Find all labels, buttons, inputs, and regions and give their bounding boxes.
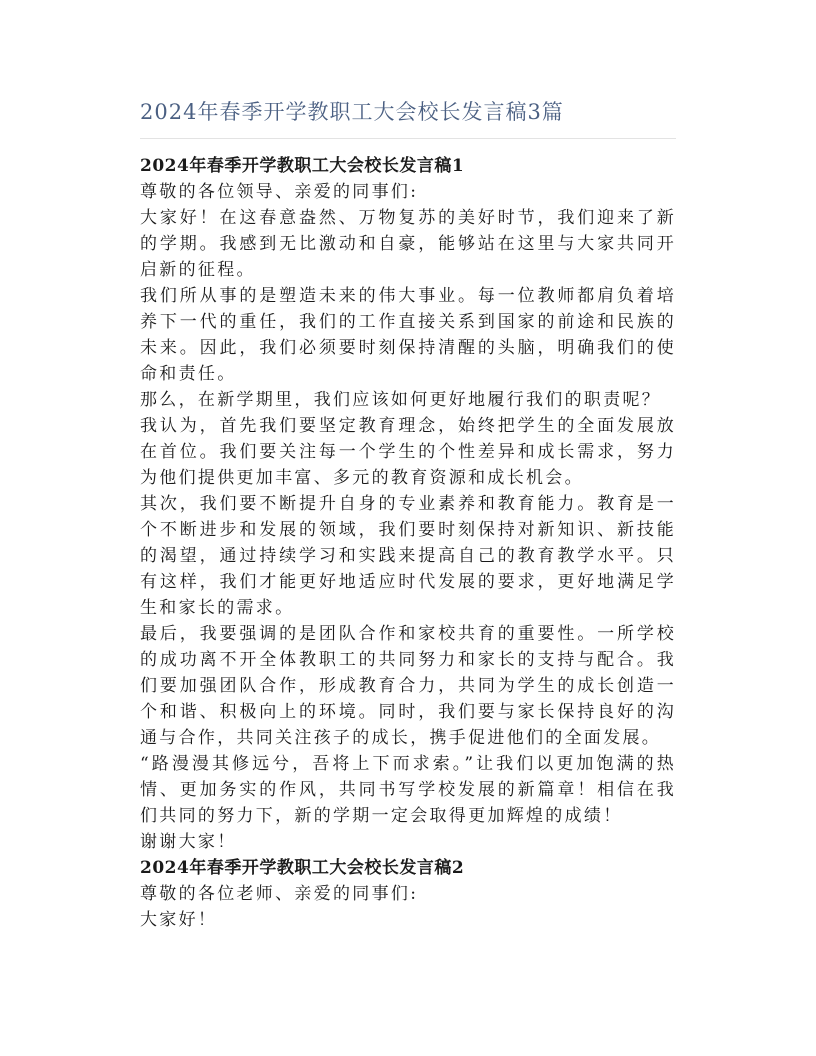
salutation: 尊敬的各位老师、亲爱的同事们: <box>140 881 676 907</box>
paragraph: 其次，我们要不断提升自身的专业素养和教育能力。教育是一个不断进步和发展的领域，我… <box>140 491 676 621</box>
section-heading: 2024年春季开学教职工大会校长发言稿2 <box>140 855 676 881</box>
salutation: 尊敬的各位领导、亲爱的同事们: <box>140 179 676 205</box>
speech-section-1: 2024年春季开学教职工大会校长发言稿1 尊敬的各位领导、亲爱的同事们: 大家好… <box>140 153 676 855</box>
paragraph: 大家好！在这春意盎然、万物复苏的美好时节，我们迎来了新的学期。我感到无比激动和自… <box>140 205 676 283</box>
paragraph: 大家好！ <box>140 907 676 933</box>
paragraph: 我认为，首先我们要坚定教育理念，始终把学生的全面发展放在首位。我们要关注每一个学… <box>140 413 676 491</box>
paragraph: 我们所从事的是塑造未来的伟大事业。每一位教师都肩负着培养下一代的重任，我们的工作… <box>140 283 676 387</box>
speech-section-2: 2024年春季开学教职工大会校长发言稿2 尊敬的各位老师、亲爱的同事们: 大家好… <box>140 855 676 933</box>
paragraph: 最后，我要强调的是团队合作和家校共育的重要性。一所学校的成功离不开全体教职工的共… <box>140 621 676 751</box>
paragraph: “路漫漫其修远兮，吾将上下而求索。”让我们以更加饱满的热情、更加务实的作风，共同… <box>140 751 676 829</box>
paragraph: 那么，在新学期里，我们应该如何更好地履行我们的职责呢？ <box>140 387 676 413</box>
closing: 谢谢大家！ <box>140 829 676 855</box>
document-page: 2024年春季开学教职工大会校长发言稿3篇 2024年春季开学教职工大会校长发言… <box>140 96 676 933</box>
section-heading: 2024年春季开学教职工大会校长发言稿1 <box>140 153 676 179</box>
document-title: 2024年春季开学教职工大会校长发言稿3篇 <box>140 96 676 138</box>
title-divider <box>140 138 676 139</box>
